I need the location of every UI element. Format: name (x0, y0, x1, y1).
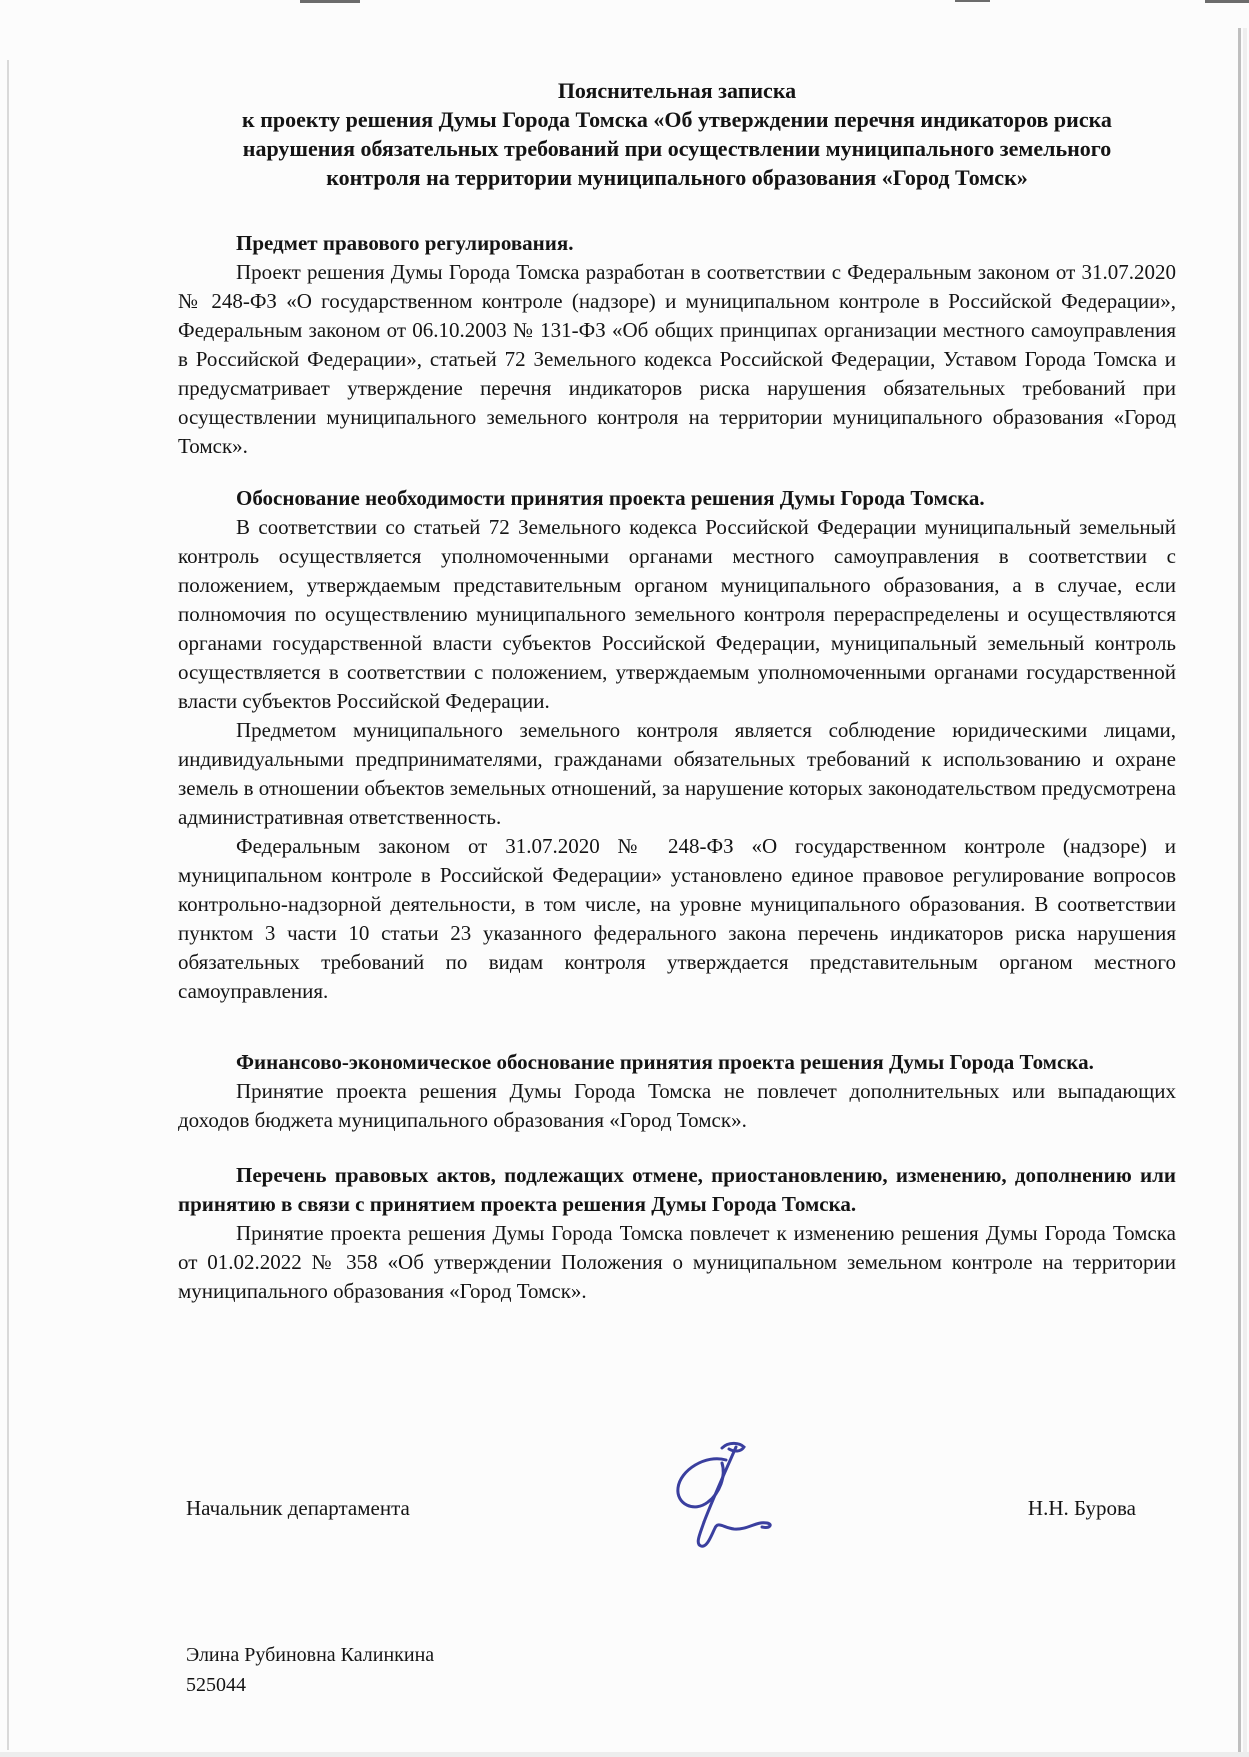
document-title-line: Пояснительная записка (178, 76, 1176, 105)
section-heading-justification: Обоснование необходимости принятия проек… (178, 484, 1176, 513)
scan-artifact-top-tick (300, 0, 360, 3)
scan-edge-right (1238, 28, 1241, 1757)
scan-artifact-top-tick (955, 0, 990, 2)
signature-stroke (722, 1443, 744, 1451)
document-title-line: контроля на территории муниципального об… (178, 163, 1176, 192)
paragraph: Проект решения Думы Города Томска разраб… (178, 258, 1176, 461)
document-title-line: к проекту решения Думы Города Томска «Об… (178, 105, 1176, 134)
executor-name: Элина Рубиновна Калинкина (186, 1640, 434, 1670)
signer-name: Н.Н. Бурова (1028, 1494, 1136, 1523)
document-body: Пояснительная записка к проекту решения … (178, 76, 1176, 1306)
document-title-line: нарушения обязательных требований при ос… (178, 134, 1176, 163)
section-heading-legal-acts: Перечень правовых актов, подлежащих отме… (178, 1161, 1176, 1219)
scan-edge-bottom (0, 1752, 1249, 1757)
section-heading-financial: Финансово-экономическое обоснование прин… (178, 1048, 1176, 1077)
paragraph: В соответствии со статьей 72 Земельного … (178, 513, 1176, 716)
paragraph: Предметом муниципального земельного конт… (178, 716, 1176, 832)
executor-phone: 525044 (186, 1670, 434, 1700)
paragraph: Принятие проекта решения Думы Города Том… (178, 1219, 1176, 1306)
paragraph: Принятие проекта решения Думы Города Том… (178, 1077, 1176, 1135)
scan-edge-right-soft (1243, 28, 1247, 1757)
scan-artifact-top-tick (1205, 0, 1249, 3)
scan-edge-left (7, 60, 9, 1750)
document-title: Пояснительная записка к проекту решения … (178, 76, 1176, 192)
signature-block: Начальник департамента Н.Н. Бурова (178, 1478, 1176, 1598)
paragraph: Федеральным законом от 31.07.2020 № 248-… (178, 832, 1176, 1006)
section-heading-subject: Предмет правового регулирования. (178, 229, 1176, 258)
executor-info: Элина Рубиновна Калинкина 525044 (186, 1640, 434, 1700)
handwritten-signature-icon (630, 1430, 790, 1560)
signature-stroke (698, 1522, 770, 1546)
scanned-document-page: Пояснительная записка к проекту решения … (0, 0, 1249, 1757)
signer-position-title: Начальник департамента (186, 1494, 410, 1523)
